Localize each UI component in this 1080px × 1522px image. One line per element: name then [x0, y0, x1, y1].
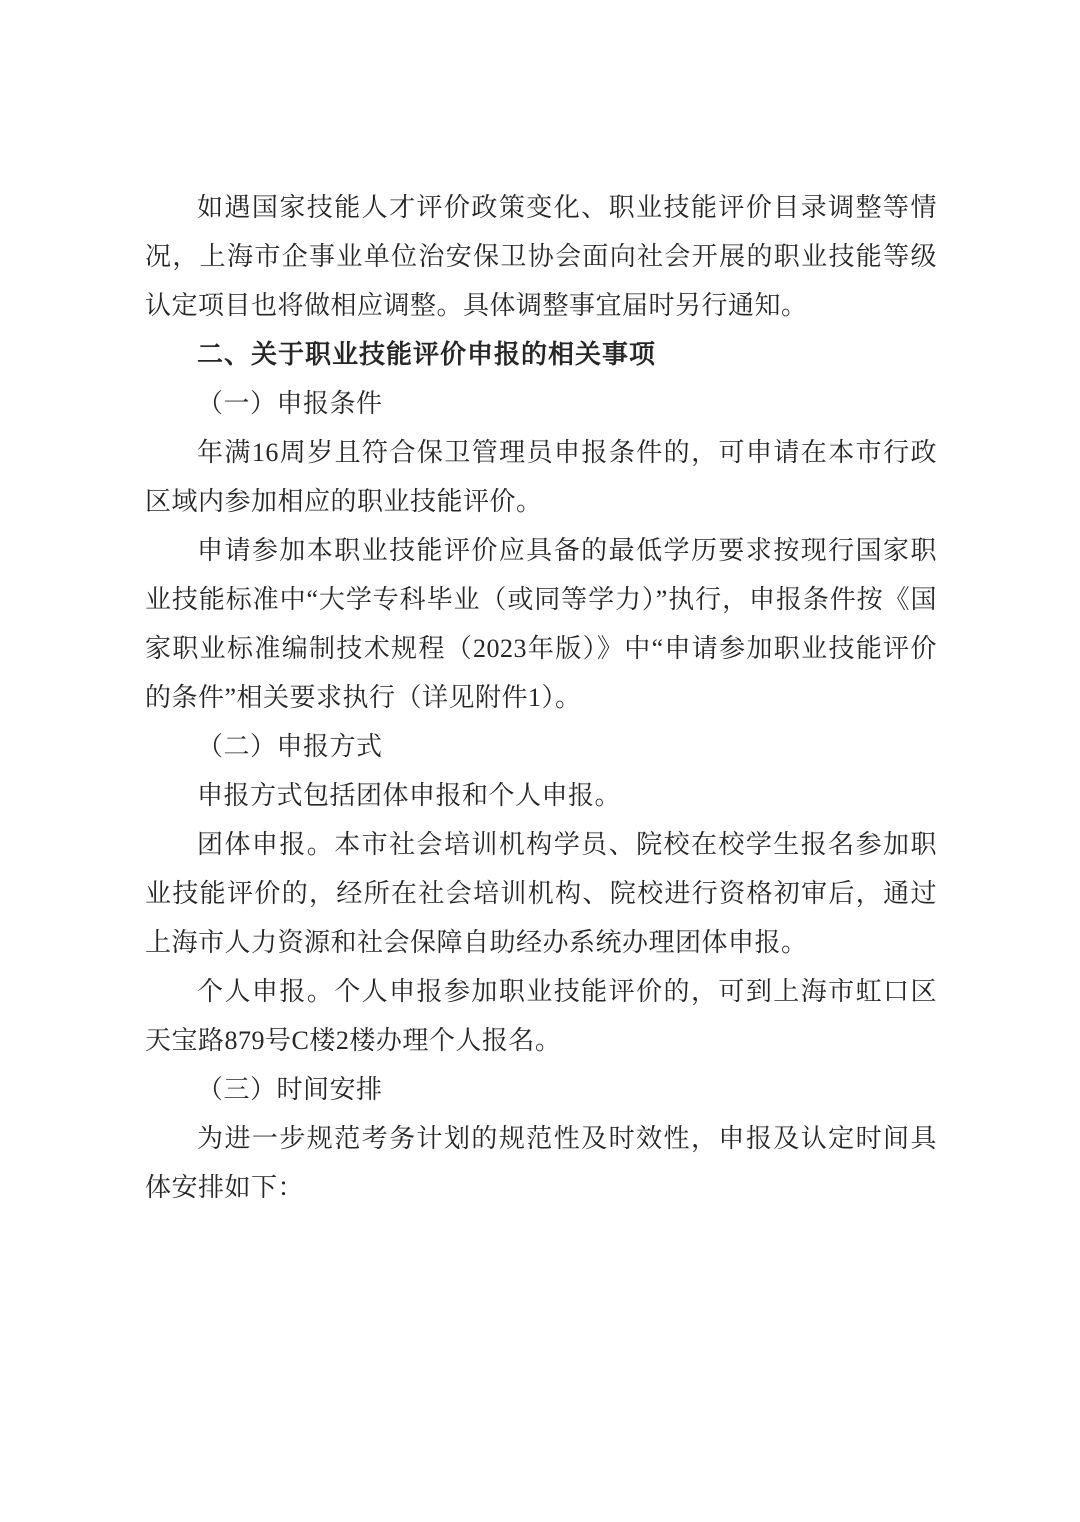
paragraph-age-requirement: 年满16周岁且符合保卫管理员申报条件的，可申请在本市行政区域内参加相应的职业技能…: [145, 428, 937, 526]
subsection-heading-schedule: （三）时间安排: [145, 1065, 937, 1114]
paragraph-education-requirement: 申请参加本职业技能评价应具备的最低学历要求按现行国家职业技能标准中“大学专科毕业…: [145, 526, 937, 722]
section-heading-2: 二、关于职业技能评价申报的相关事项: [145, 330, 937, 379]
paragraph-group-application: 团体申报。本市社会培训机构学员、院校在校学生报名参加职业技能评价的，经所在社会培…: [145, 820, 937, 967]
subsection-heading-application-methods: （二）申报方式: [145, 722, 937, 771]
paragraph-adjustment-notice: 如遇国家技能人才评价政策变化、职业技能评价目录调整等情况，上海市企事业单位治安保…: [145, 183, 937, 330]
subsection-heading-application-conditions: （一）申报条件: [145, 379, 937, 428]
document-body: 如遇国家技能人才评价政策变化、职业技能评价目录调整等情况，上海市企事业单位治安保…: [145, 183, 937, 1212]
paragraph-individual-application: 个人申报。个人申报参加职业技能评价的，可到上海市虹口区天宝路879号C楼2楼办理…: [145, 967, 937, 1065]
paragraph-schedule-intro: 为进一步规范考务计划的规范性及时效性，申报及认定时间具体安排如下：: [145, 1114, 937, 1212]
document-page: 如遇国家技能人才评价政策变化、职业技能评价目录调整等情况，上海市企事业单位治安保…: [0, 0, 1080, 1522]
paragraph-application-methods-overview: 申报方式包括团体申报和个人申报。: [145, 771, 937, 820]
